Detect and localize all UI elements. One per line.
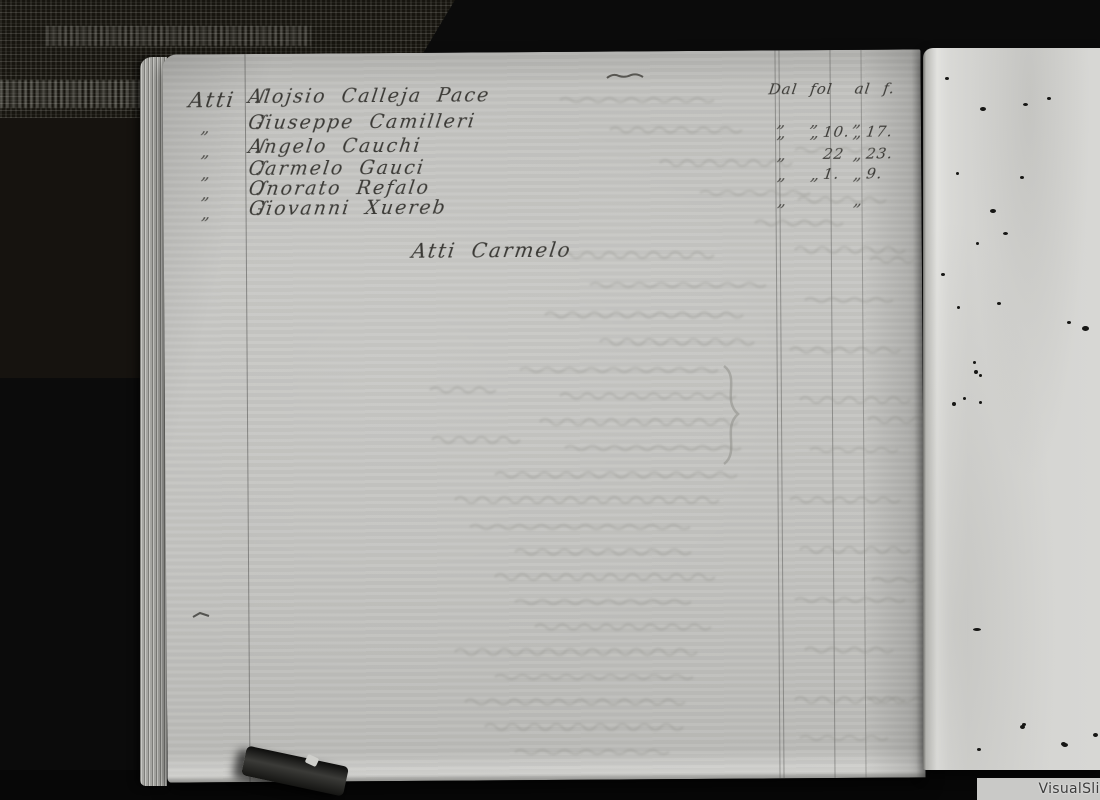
folio-from-value: 10.: [822, 123, 851, 141]
ink-speck: [974, 370, 978, 374]
photo-backdrop: Dal fol al f. AttiAlojsio Calleja Pace∫„…: [0, 0, 1100, 800]
folio-to-value: 17.: [865, 123, 894, 141]
ink-speck: [1093, 733, 1098, 737]
ditto-mark: „ „: [776, 165, 827, 185]
ink-speck: [952, 402, 956, 406]
ditto-mark: „: [852, 191, 869, 211]
ink-speck: [997, 302, 1001, 305]
watermark-link[interactable]: VisualSlideshow.com: [977, 778, 1100, 800]
ink-speck: [1082, 326, 1089, 331]
atti-label: Atti: [187, 88, 237, 112]
facing-page: [923, 48, 1100, 770]
ink-speck: [979, 401, 982, 404]
ink-speck: [977, 748, 981, 751]
ink-speck: [1023, 103, 1028, 106]
ditto-mark: „: [200, 142, 217, 162]
section-heading: Atti Carmelo: [410, 238, 573, 263]
ink-speck: [1020, 176, 1024, 179]
ditto-mark: „: [200, 184, 217, 204]
ink-speck: [956, 172, 959, 175]
ink-speck: [979, 374, 982, 377]
ink-speck: [980, 107, 986, 111]
entry-name-text: Angelo Cauchi: [247, 135, 423, 158]
ink-speck: [973, 361, 976, 364]
ditto-mark: „: [776, 191, 793, 211]
ditto-mark: „: [200, 204, 217, 224]
folio-to-value: 23.: [865, 145, 894, 163]
ink-speck: [957, 306, 960, 309]
ditto-mark: „: [776, 145, 793, 165]
ink-speck: [945, 77, 949, 80]
ink-speck: [976, 242, 979, 245]
watermark-text: VisualSlideshow.com: [1039, 778, 1100, 800]
register-page: Dal fol al f. AttiAlojsio Calleja Pace∫„…: [162, 49, 925, 782]
ditto-mark: „: [200, 118, 217, 138]
ink-speck: [941, 273, 945, 276]
ink-speck: [1003, 232, 1008, 235]
ink-speck: [1022, 723, 1026, 726]
entry-name-text: Alojsio Calleja Pace: [247, 84, 492, 108]
folio-from-value: 1.: [822, 165, 841, 183]
ink-speck: [1047, 97, 1051, 100]
ink-speck: [973, 628, 981, 631]
ink-speck: [1067, 321, 1071, 324]
ink-speck: [990, 209, 996, 213]
book-cover-edge: [0, 118, 142, 378]
entry-name-text: Giovanni Xuereb: [248, 197, 449, 220]
column-header-dal-fol: Dal fol: [768, 80, 834, 98]
ditto-mark: „ „: [776, 123, 827, 143]
folio-to-value: 9.: [865, 165, 884, 183]
ink-speck: [1061, 742, 1066, 746]
ditto-mark: „: [200, 164, 217, 184]
entry-name-text: Giuseppe Camilleri: [247, 110, 478, 134]
fabric-highlight: [46, 26, 311, 46]
folio-from-value: 22: [822, 145, 845, 163]
column-header-al-f: al f.: [854, 80, 897, 98]
ink-speck: [963, 397, 966, 400]
